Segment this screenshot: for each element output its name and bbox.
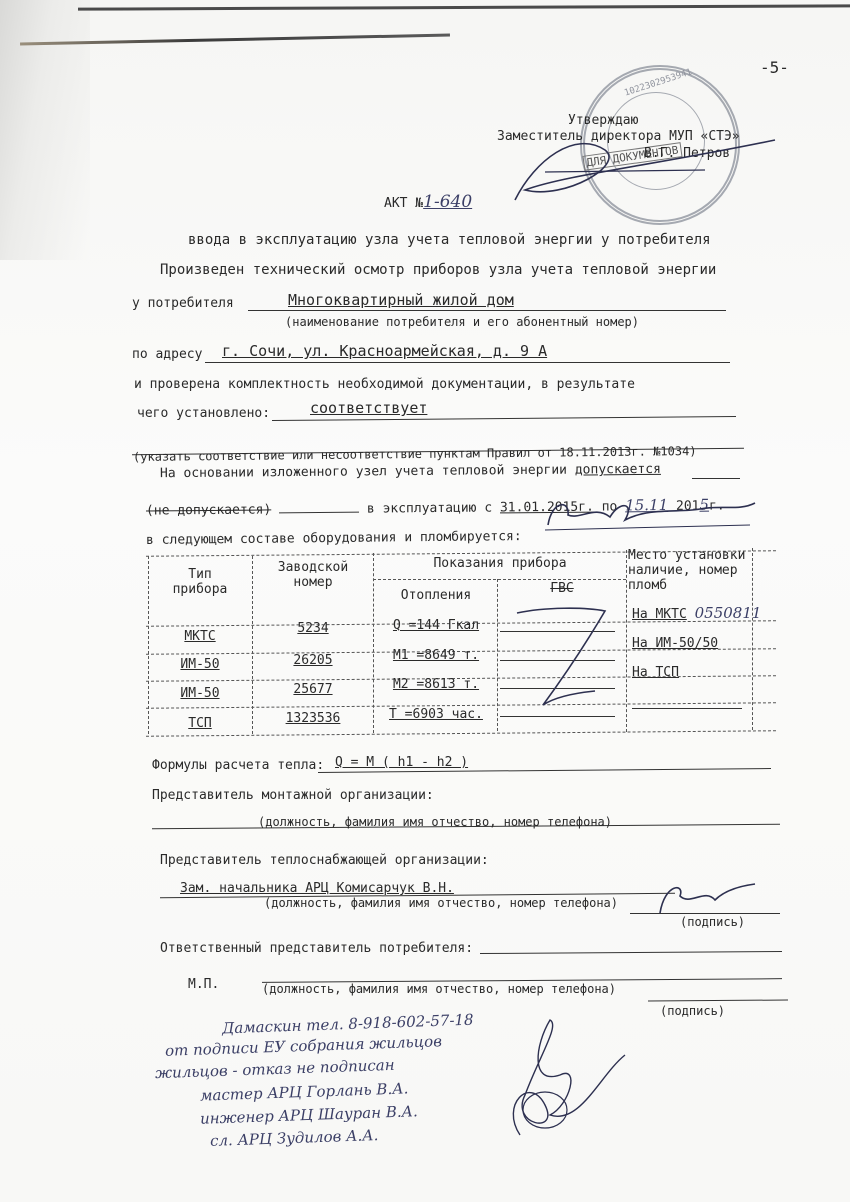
formula-value: Q = M ( h1 - h2 ) [335, 755, 468, 770]
consumer-rep-hint: (должность, фамилия имя отчество, номер … [262, 982, 616, 997]
table-row-2-type: ИМ-50 [150, 657, 250, 672]
consumer-label: у потребителя [132, 296, 234, 311]
consumer-rep-label: Ответственный представитель потребителя: [160, 941, 473, 956]
document-sheet: -5- 1022302953941 ДЛЯ ДОКУМЕНТОВ Утвержд… [0, 0, 850, 1202]
table-row-2-reading: M1 =8649 т. [375, 648, 497, 663]
result-label: чего установлено: [137, 406, 270, 421]
address-label: по адресу [132, 347, 202, 362]
act-number: 1-640 [423, 192, 472, 212]
table-row-3-reading: M2 =8613 т. [375, 677, 497, 692]
result-value: соответствует [310, 400, 427, 416]
consumer-value: Многоквартирный жилой дом [288, 292, 514, 308]
supplier-signature-inline [540, 495, 760, 535]
table-row-3-type: ИМ-50 [150, 686, 250, 701]
formula-label: Формулы расчета тепла: [152, 758, 324, 773]
seal-label: М.П. [188, 977, 219, 992]
act-subtitle: ввода в эксплуатацию узла учета тепловой… [188, 233, 711, 248]
table-row-2-serial: 26205 [254, 653, 372, 668]
consumer-hint: (наименование потребителя и его абонентн… [285, 315, 639, 330]
header-readings: Показания прибора [375, 556, 625, 571]
table-row-1-serial: 5234 [254, 621, 372, 636]
address-value: г. Сочи, ул. Красноармейская, д. 9 А [222, 343, 547, 359]
admission-text: На основании изложенного узел учета тепл… [160, 462, 661, 481]
table-row-1-type: МКТС [150, 629, 250, 644]
header-dhw-struck: ГВС [499, 581, 625, 596]
table-row-1-seal: На МКТС 0550811 [632, 606, 761, 622]
table-row-2-seal: На ИМ-50/50 [632, 636, 718, 651]
admission-allowed: допускается [575, 462, 661, 478]
table-row-4-reading: T =6903 час. [375, 707, 497, 722]
page-number: -5- [760, 60, 789, 75]
handwritten-note-signature [490, 1015, 630, 1145]
director-signature [505, 120, 785, 210]
supplier-signature-hint: (подпись) [680, 915, 745, 930]
table-row-3-seal: На ТСП [632, 665, 679, 680]
not-allowed-struck: (не допускается) [146, 502, 271, 518]
table-row-3-serial: 25677 [254, 682, 372, 697]
act-title: АКТ №1-640 [384, 195, 472, 211]
equipment-text: в следующем составе оборудования и пломб… [146, 529, 522, 548]
table-row-1-reading: Q =144 Гкал [375, 618, 497, 633]
header-heating: Отопления [375, 588, 497, 603]
header-location: Место установки наличие, номер пломб [628, 548, 745, 593]
installer-hint: (должность, фамилия имя отчество, номер … [258, 815, 612, 830]
header-serial: Заводской номер [254, 560, 372, 590]
table-row-4-serial: 1323536 [254, 711, 372, 726]
supplier-label: Представитель теплоснабжающей организаци… [160, 853, 489, 868]
supplier-signature [650, 878, 770, 918]
table-row-4-type: ТСП [150, 716, 250, 731]
installer-label: Представитель монтажной организации: [152, 788, 434, 803]
consumer-rep-signature-hint: (подпись) [660, 1004, 725, 1019]
supplier-hint: (должность, фамилия имя отчество, номер … [264, 896, 618, 911]
header-type: Тип прибора [150, 567, 250, 597]
scan-shadow [0, 0, 90, 260]
scan-edge [78, 4, 850, 10]
act-intro: Произведен технический осмотр приборов у… [160, 263, 716, 278]
supplier-value: Зам. начальника АРЦ Комисарчук В.Н. [180, 881, 454, 896]
documentation-text: и проверена комплектность необходимой до… [134, 377, 635, 392]
dhw-column-cancel-mark [505, 605, 615, 710]
